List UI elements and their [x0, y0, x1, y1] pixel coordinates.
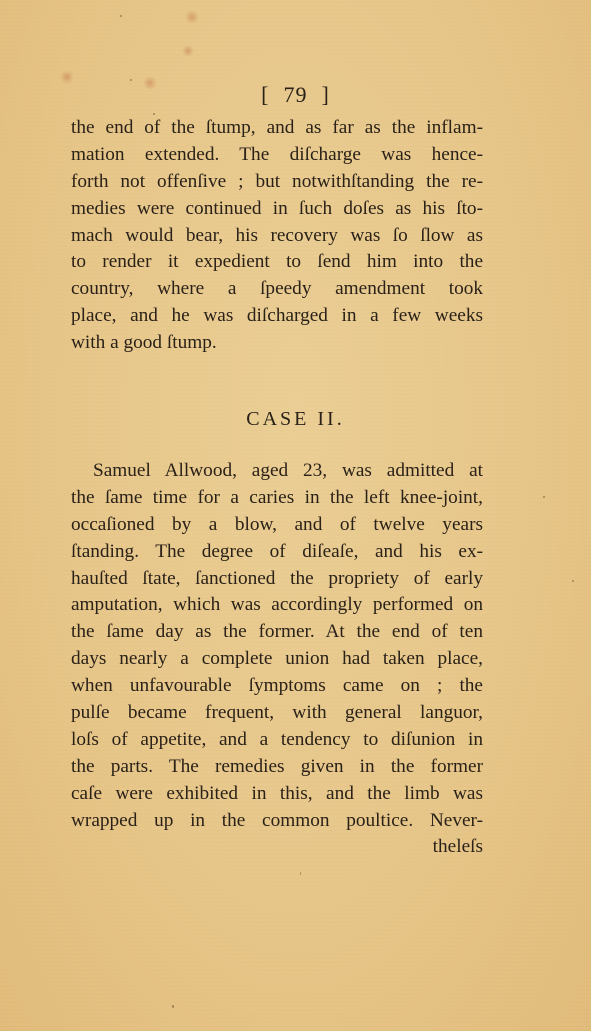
page-number-header: [79] [0, 82, 591, 108]
paper-speck [543, 496, 545, 498]
text-line: forth not offenſive ; but notwithſtandin… [71, 169, 483, 196]
text-line: the end of the ſtump, and as far as the … [71, 115, 483, 142]
text-line: amputation, which was accordingly perfor… [71, 592, 483, 619]
paper-speck [130, 79, 132, 81]
text-line: when unfavourable ſymptoms came on ; the [71, 673, 483, 700]
paper-speck [172, 1005, 174, 1008]
text-line: place, and he was diſcharged in a few we… [71, 303, 483, 330]
text-line: mach would bear, his recovery was ſo ſlo… [71, 223, 483, 250]
text-line: the ſame time for a caries in the left k… [71, 485, 483, 512]
text-line: the ſame day as the former. At the end o… [71, 619, 483, 646]
text-line: caſe were exhibited in this, and the lim… [71, 781, 483, 808]
text-line: hauſted ſtate, ſanctioned the propriety … [71, 566, 483, 593]
catchword: theleſs [71, 834, 483, 861]
text-line: with a good ſtump. [71, 330, 483, 357]
paper-speck [120, 15, 122, 17]
text-line: to render it expedient to ſend him into … [71, 249, 483, 276]
text-line: the parts. The remedies given in the for… [71, 754, 483, 781]
text-line: occaſioned by a blow, and of twelve year… [71, 512, 483, 539]
foxing-spot [185, 10, 199, 24]
text-line: wrapped up in the common poultice. Never… [71, 808, 483, 835]
text-line: mation extended. The diſcharge was hence… [71, 142, 483, 169]
text-line: ſtanding. The degree of diſeaſe, and his… [71, 539, 483, 566]
paragraph-case-two: Samuel Allwood, aged 23, was admitted at… [71, 458, 483, 861]
paper-speck [572, 580, 574, 582]
bracket-left: [ [261, 82, 269, 108]
page-number: 79 [284, 82, 308, 107]
paper-speck [300, 872, 301, 875]
text-line: Samuel Allwood, aged 23, was admitted at [71, 458, 483, 485]
text-line: medies were continued in ſuch doſes as h… [71, 196, 483, 223]
section-heading: CASE II. [0, 408, 591, 431]
text-line: loſs of appetite, and a tendency to diſu… [71, 727, 483, 754]
book-page: [79] the end of the ſtump, and as far as… [0, 0, 591, 1031]
bracket-right: ] [322, 82, 330, 108]
foxing-spot [182, 45, 194, 57]
text-line: pulſe became frequent, with general lang… [71, 700, 483, 727]
text-line: country, where a ſpeedy amendment took [71, 276, 483, 303]
text-line: days nearly a complete union had taken p… [71, 646, 483, 673]
paragraph-case-one-conclusion: the end of the ſtump, and as far as the … [71, 115, 483, 357]
